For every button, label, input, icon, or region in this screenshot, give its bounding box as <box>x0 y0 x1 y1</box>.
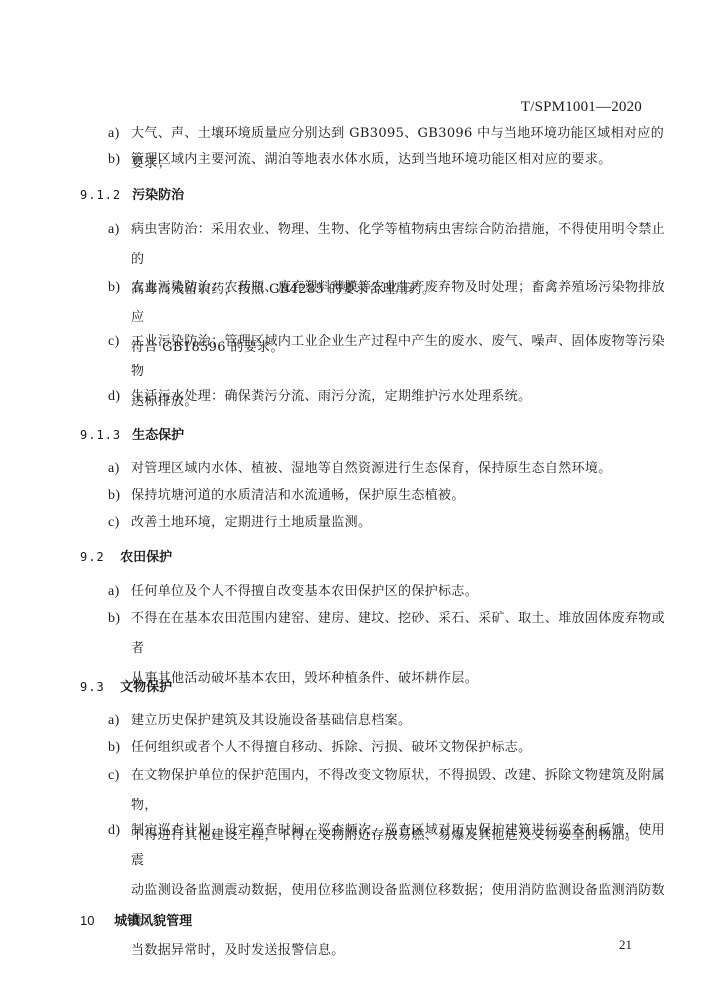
item-text: 任何单位及个人不得擅自改变基本农田保护区的保护标志。 <box>131 577 668 607</box>
section-heading-9-2: 9.2 农田保护 <box>80 547 172 568</box>
item-label: b) <box>108 145 120 175</box>
section-number: 9.1.2 <box>80 185 128 205</box>
item-label: c) <box>108 327 120 357</box>
section-number: 10 <box>80 911 110 931</box>
item-label: b) <box>108 604 120 634</box>
item-label: a) <box>108 706 120 736</box>
section-title: 污染防治 <box>132 188 184 203</box>
item-text: 改善土地环境，定期进行土地质量监测。 <box>131 508 668 538</box>
list-item: d) 生活污水处理：确保粪污分流、雨污分流，定期维护污水处理系统。 <box>108 382 668 412</box>
list-item: d) 制定巡查计划，设定巡查时间、巡查频次、巡查区域对历史保护建筑进行巡查和反馈… <box>108 816 668 966</box>
section-title: 农田保护 <box>120 550 172 565</box>
item-text: 建立历史保护建筑及其设施设备基础信息档案。 <box>131 706 668 736</box>
list-item: b) 管理区域内主要河流、湖泊等地表水体水质，达到当地环境功能区相对应的要求。 <box>108 145 668 175</box>
item-text: 不得在在基本农田范围内建窑、建房、建坟、挖砂、采石、采矿、取土、堆放固体废弃物或… <box>131 604 668 694</box>
standard-code: T/SPM1001—2020 <box>521 99 642 116</box>
item-label: d) <box>108 382 120 412</box>
section-number: 9.1.3 <box>80 425 128 445</box>
item-text: 对管理区域内水体、植被、湿地等自然资源进行生态保育，保持原生态自然环境。 <box>131 454 668 484</box>
item-label: a) <box>108 577 120 607</box>
item-label: c) <box>108 761 120 791</box>
section-heading-9-1-3: 9.1.3 生态保护 <box>80 425 184 446</box>
section-title: 生态保护 <box>132 428 184 443</box>
section-heading-10: 10 城镇风貌管理 <box>80 911 192 932</box>
list-item: b) 保持坑塘河道的水质清洁和水流通畅，保护原生态植被。 <box>108 481 668 511</box>
list-item: c) 改善土地环境，定期进行土地质量监测。 <box>108 508 668 538</box>
section-heading-9-3: 9.3 文物保护 <box>80 677 172 698</box>
list-item: b) 不得在在基本农田范围内建窑、建房、建坟、挖砂、采石、采矿、取土、堆放固体废… <box>108 604 668 694</box>
item-text: 管理区域内主要河流、湖泊等地表水体水质，达到当地环境功能区相对应的要求。 <box>131 145 668 175</box>
section-title: 城镇风貌管理 <box>114 914 192 929</box>
list-item: a) 任何单位及个人不得擅自改变基本农田保护区的保护标志。 <box>108 577 668 607</box>
item-label: b) <box>108 481 120 511</box>
item-label: d) <box>108 816 120 846</box>
item-label: a) <box>108 215 120 245</box>
page-number: 21 <box>619 937 632 953</box>
item-label: a) <box>108 454 120 484</box>
section-heading-9-1-2: 9.1.2 污染防治 <box>80 185 184 206</box>
section-title: 文物保护 <box>120 680 172 695</box>
item-label: c) <box>108 508 120 538</box>
item-text: 生活污水处理：确保粪污分流、雨污分流，定期维护污水处理系统。 <box>131 382 668 412</box>
list-item: b) 任何组织或者个人不得擅自移动、拆除、污损、破坏文物保护标志。 <box>108 733 668 763</box>
section-number: 9.2 <box>80 547 116 567</box>
list-item: a) 对管理区域内水体、植被、湿地等自然资源进行生态保育，保持原生态自然环境。 <box>108 454 668 484</box>
section-number: 9.3 <box>80 677 116 697</box>
item-text: 任何组织或者个人不得擅自移动、拆除、污损、破坏文物保护标志。 <box>131 733 668 763</box>
item-text: 保持坑塘河道的水质清洁和水流通畅，保护原生态植被。 <box>131 481 668 511</box>
item-label: b) <box>108 273 120 303</box>
item-text: 制定巡查计划，设定巡查时间、巡查频次、巡查区域对历史保护建筑进行巡查和反馈，使用… <box>131 816 668 966</box>
item-label: b) <box>108 733 120 763</box>
list-item: a) 建立历史保护建筑及其设施设备基础信息档案。 <box>108 706 668 736</box>
